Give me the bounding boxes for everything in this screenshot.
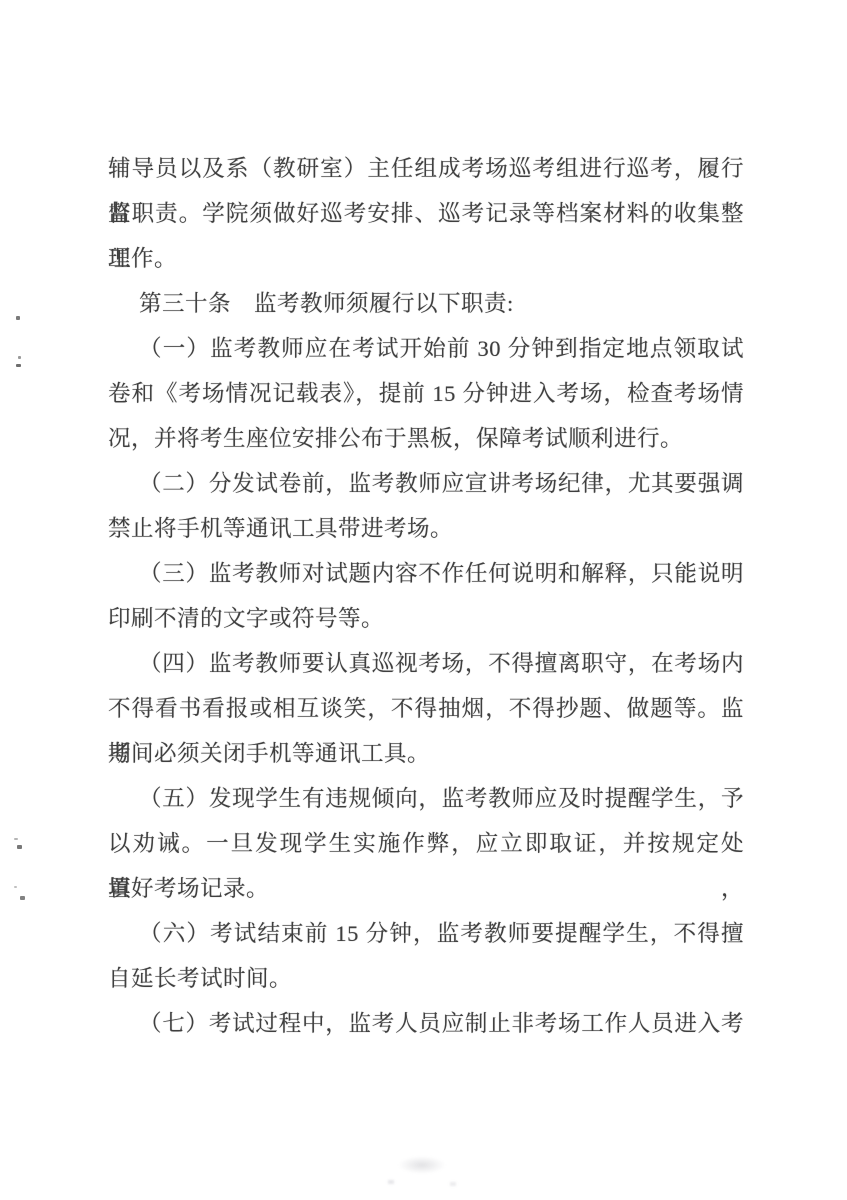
scan-smudge — [450, 1182, 456, 1186]
text-line: 督职责。学院须做好巡考安排、巡考记录等档案材料的收集整理 — [108, 191, 744, 236]
text-line: 不得看书看报或相互谈笑，不得抽烟，不得抄题、做题等。监考 — [108, 686, 744, 731]
text-line: （二）分发试卷前，监考教师应宣讲考场纪律，尤其要强调 — [108, 461, 744, 506]
text-line: （四）监考教师要认真巡视考场，不得擅离职守，在考场内 — [108, 641, 744, 686]
text-line: 第三十条 监考教师须履行以下职责: — [108, 281, 744, 326]
scan-speckle — [20, 896, 25, 900]
text-line: 自延长考试时间。 — [108, 956, 744, 1001]
text-line: （三）监考教师对试题内容不作任何说明和解释，只能说明 — [108, 551, 744, 596]
scan-speckle — [16, 316, 20, 320]
scan-speckle — [17, 845, 22, 849]
document-page: 辅导员以及系（教研室）主任组成考场巡考组进行巡考，履行监督职责。学院须做好巡考安… — [0, 0, 847, 1200]
text-line: 况，并将考生座位安排公布于黑板，保障考试顺利进行。 — [108, 416, 744, 461]
text-line: （六）考试结束前 15 分钟，监考教师要提醒学生，不得擅 — [108, 911, 744, 956]
text-line: （七）考试过程中，监考人员应制止非考场工作人员进入考 — [108, 1001, 744, 1046]
scan-speckle — [18, 356, 21, 359]
text-line: 工作。 — [108, 236, 744, 281]
scan-speckle — [14, 838, 18, 840]
scan-speckle — [16, 364, 21, 367]
text-line: 期间必须关闭手机等通讯工具。 — [108, 731, 744, 776]
text-line: 禁止将手机等通讯工具带进考场。 — [108, 506, 744, 551]
text-line: （五）发现学生有违规倾向，监考教师应及时提醒学生，予 — [108, 776, 744, 821]
text-line: 辅导员以及系（教研室）主任组成考场巡考组进行巡考，履行监 — [108, 146, 744, 191]
text-block: 辅导员以及系（教研室）主任组成考场巡考组进行巡考，履行监督职责。学院须做好巡考安… — [108, 146, 744, 1046]
scan-smudge — [398, 1156, 446, 1174]
text-line: 卷和《考场情况记载表》，提前 15 分钟进入考场，检查考场情 — [108, 371, 744, 416]
scan-smudge — [388, 1180, 394, 1184]
scan-speckle — [14, 886, 17, 888]
text-line: （一）监考教师应在考试开始前 30 分钟到指定地点领取试 — [108, 326, 744, 371]
text-line: 以劝诫。一旦发现学生实施作弊，应立即取证，并按规定处置， — [108, 821, 744, 866]
text-line: 印刷不清的文字或符号等。 — [108, 596, 744, 641]
